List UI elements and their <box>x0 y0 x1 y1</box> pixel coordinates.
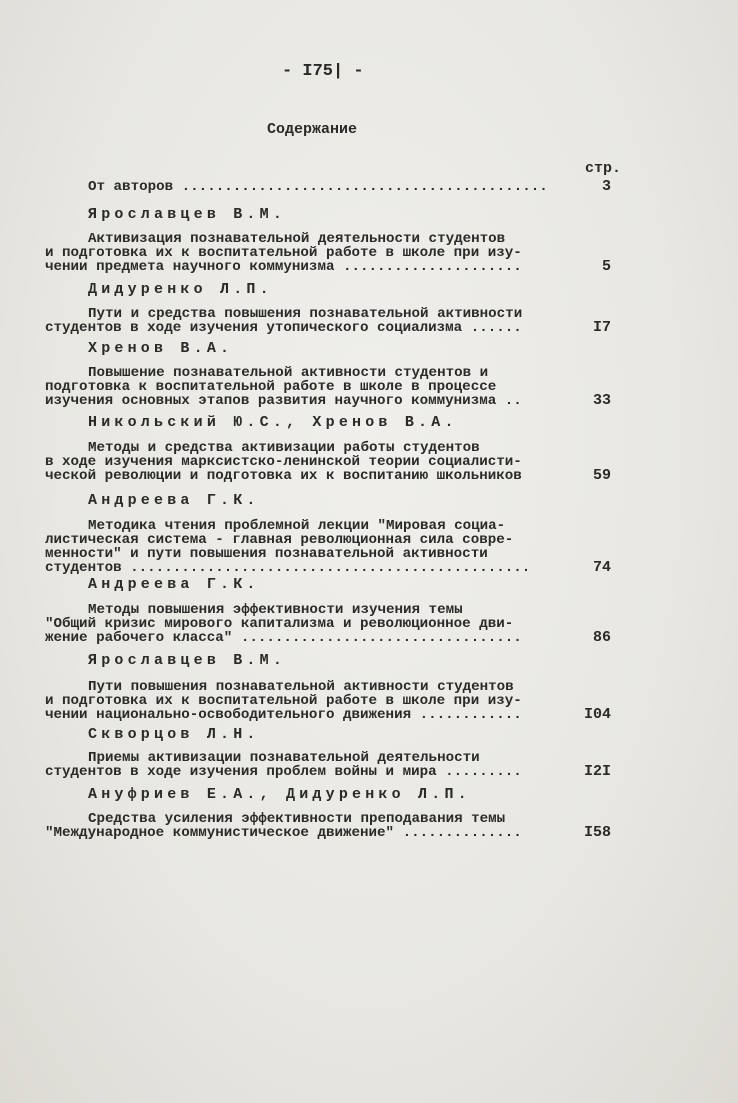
toc-title-line: Повышение познавательной активности студ… <box>88 366 488 380</box>
toc-author: Дидуренко Л.П. <box>88 283 273 297</box>
toc-title-line: студентов в ходе изучения проблем войны … <box>45 765 522 779</box>
toc-author: Андреева Г.К. <box>88 578 260 592</box>
toc-author: Ярославцев В.М. <box>88 654 286 668</box>
toc-page-number: 59 <box>561 469 611 483</box>
toc-title-line: ческой революции и подготовка их к воспи… <box>45 469 522 483</box>
toc-title-line: чении предмета научного коммунизма .....… <box>45 260 522 274</box>
toc-author: Хренов В.А. <box>88 342 233 356</box>
toc-author: Скворцов Л.Н. <box>88 728 260 742</box>
toc-page-number: 5 <box>561 260 611 274</box>
page-column-header: стр. <box>585 160 621 177</box>
toc-author: Никольский Ю.С., Хренов В.А. <box>88 416 458 430</box>
toc-page-number: I58 <box>561 826 611 840</box>
toc-title-line: жение рабочего класса" .................… <box>45 631 522 645</box>
toc-page-number: 86 <box>561 631 611 645</box>
toc-title-line: Активизация познавательной деятельности … <box>88 232 505 246</box>
toc-page-number: 33 <box>561 394 611 408</box>
toc-page-number: I04 <box>561 708 611 722</box>
toc-title-line: От авторов .............................… <box>88 180 548 194</box>
page-title: Содержание <box>267 121 357 138</box>
toc-author: Андреева Г.К. <box>88 494 260 508</box>
toc-title-line: в ходе изучения марксистско-ленинской те… <box>45 455 522 469</box>
toc-page-number: 74 <box>561 561 611 575</box>
toc-page-number: I7 <box>561 321 611 335</box>
toc-title-line: Приемы активизации познавательной деятел… <box>88 751 480 765</box>
toc-title-line: и подготовка их к воспитательной работе … <box>45 246 522 260</box>
toc-title-line: Пути и средства повышения познавательной… <box>88 307 522 321</box>
toc-page-number: 3 <box>561 180 611 194</box>
toc-author: Ануфриев Е.А., Дидуренко Л.П. <box>88 788 471 802</box>
toc-title-line: студентов ..............................… <box>45 561 530 575</box>
toc-title-line: Пути повышения познавательной активности… <box>88 680 514 694</box>
toc-title-line: и подготовка их к воспитательной работе … <box>45 694 522 708</box>
toc-title-line: Методы и средства активизации работы сту… <box>88 441 480 455</box>
toc-title-line: изучения основных этапов развития научно… <box>45 394 522 408</box>
toc-title-line: Средства усиления эффективности преподав… <box>88 812 505 826</box>
toc-page-number: I2I <box>561 765 611 779</box>
toc-title-line: подготовка к воспитательной работе в шко… <box>45 380 496 394</box>
page-number: - I75| - <box>282 62 364 81</box>
toc-author: Ярославцев В.М. <box>88 208 286 222</box>
toc-title-line: Методы повышения эффективности изучения … <box>88 603 463 617</box>
toc-title-line: листическая система - главная революцион… <box>45 533 513 547</box>
toc-title-line: "Общий кризис мирового капитализма и рев… <box>45 617 513 631</box>
document-page: - I75| - Содержание стр. От авторов ....… <box>0 0 738 1103</box>
toc-title-line: студентов в ходе изучения утопического с… <box>45 321 522 335</box>
toc-title-line: менности" и пути повышения познавательно… <box>45 547 488 561</box>
toc-title-line: Методика чтения проблемной лекции "Миров… <box>88 519 505 533</box>
toc-title-line: "Международное коммунистическое движение… <box>45 826 522 840</box>
toc-title-line: чении национально-освободительного движе… <box>45 708 522 722</box>
